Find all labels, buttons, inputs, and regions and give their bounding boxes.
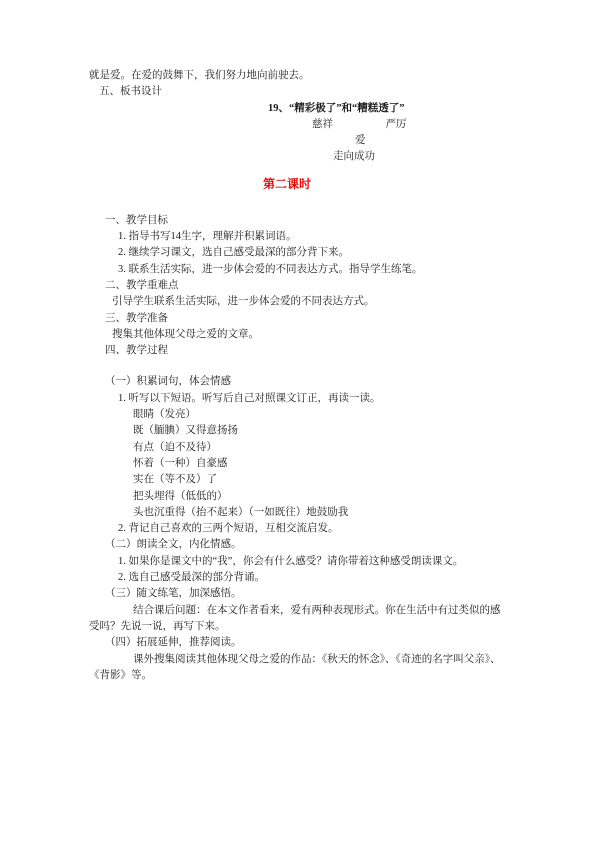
doc-line: （三）随文练笔，加深感悟。 [89,586,595,602]
doc-line: 一、教学目标 [89,213,595,229]
doc-line: 2. 背记自己喜欢的三两个短语，互相交流启发。 [89,521,595,537]
doc-line: 受吗？先说一说，再写下来。 [89,619,595,635]
doc-line: 《背影》等。 [89,668,595,684]
doc-line: 就是爱。在爱的鼓舞下，我们努力地向前驶去。 [89,68,595,84]
doc-line: 引导学生联系生活实际，进一步体会爱的不同表达方式。 [89,294,595,310]
document-page: 就是爱。在爱的鼓舞下，我们努力地向前驶去。五、板书设计19、“精彩极了”和“糟糕… [0,0,595,842]
doc-line: 1. 听写以下短语。听写后自己对照课文订正，再读一读。 [89,391,595,407]
board-design-title: 19、“精彩极了”和“糟糕透了” [89,101,595,117]
doc-line: 有点（迫不及待） [89,440,595,456]
doc-line: 实在（等不及）了 [89,472,595,488]
doc-line: 2. 选自己感受最深的部分背诵。 [89,570,595,586]
doc-line: 把头埋得（低低的） [89,489,595,505]
doc-line: 2. 继续学习课文，选自己感受最深的部分背下来。 [89,245,595,261]
doc-line: 3. 联系生活实际，进一步体会爱的不同表达方式。指导学生练笔。 [89,262,595,278]
doc-line: （二）朗读全文，内化情感。 [89,537,595,553]
doc-line: 既（腼腆）又得意扬扬 [89,423,595,439]
doc-line: 课外搜集阅读其他体现父母之爱的作品：《秋天的怀念》、《奇迹的名字叫父亲》、 [89,652,595,668]
doc-line: 眼睛（发亮） [89,407,595,423]
doc-line: （一）积累词句，体会情感 [89,374,595,390]
doc-line: 二、教学重难点 [89,278,595,294]
board-design-row: 慈祥 严厉 [89,117,595,133]
doc-line: 结合课后问题：在本文作者看来，爱有两种表现形式。你在生活中有过类似的感 [89,603,595,619]
blank-line [89,359,595,374]
doc-line: 1. 如果你是课文中的“我”，你会有什么感受？请你带着这种感受朗读课文。 [89,554,595,570]
document-body: 就是爱。在爱的鼓舞下，我们努力地向前驶去。五、板书设计19、“精彩极了”和“糟糕… [0,0,595,684]
second-period-heading: 第二课时 [89,173,595,195]
doc-line: 怀着（一种）自豪感 [89,456,595,472]
board-design-row: 爱 [89,133,595,149]
doc-line: 1. 指导书写14生字，理解并积累词语。 [89,229,595,245]
board-design-row: 走向成功 [89,149,595,165]
doc-line: （四）拓展延伸，推荐阅读。 [89,635,595,651]
doc-line: 四、教学过程 [89,343,595,359]
doc-line: 五、板书设计 [89,84,595,100]
doc-line: 三、教学准备 [89,311,595,327]
doc-line: 搜集其他体现父母之爱的文章。 [89,327,595,343]
doc-line: 头也沉重得（抬不起来）（一如既往）地鼓励我 [89,505,595,521]
